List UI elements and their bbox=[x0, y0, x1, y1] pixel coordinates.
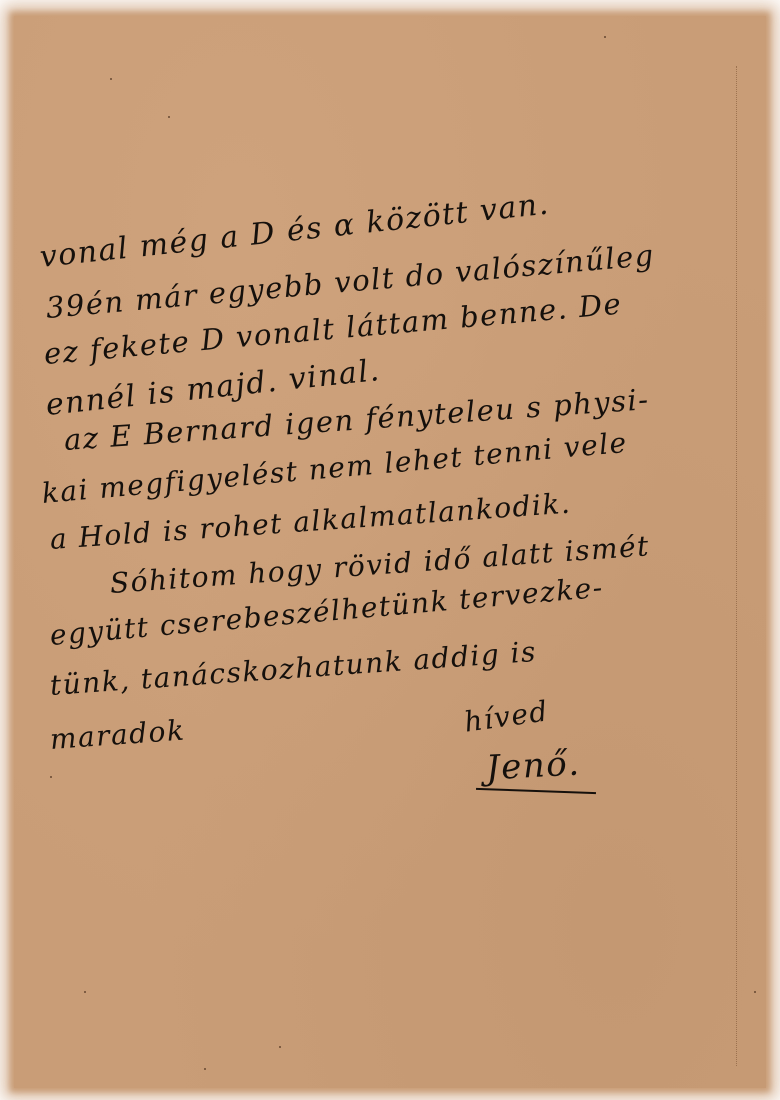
signature: Jenő. bbox=[485, 744, 581, 789]
closing-text: híved bbox=[462, 694, 551, 738]
signature-underline bbox=[476, 788, 596, 794]
letter-line-11: maradok bbox=[49, 713, 187, 758]
letter-body: vonal még a D és α között van. 39én már … bbox=[0, 0, 780, 1100]
